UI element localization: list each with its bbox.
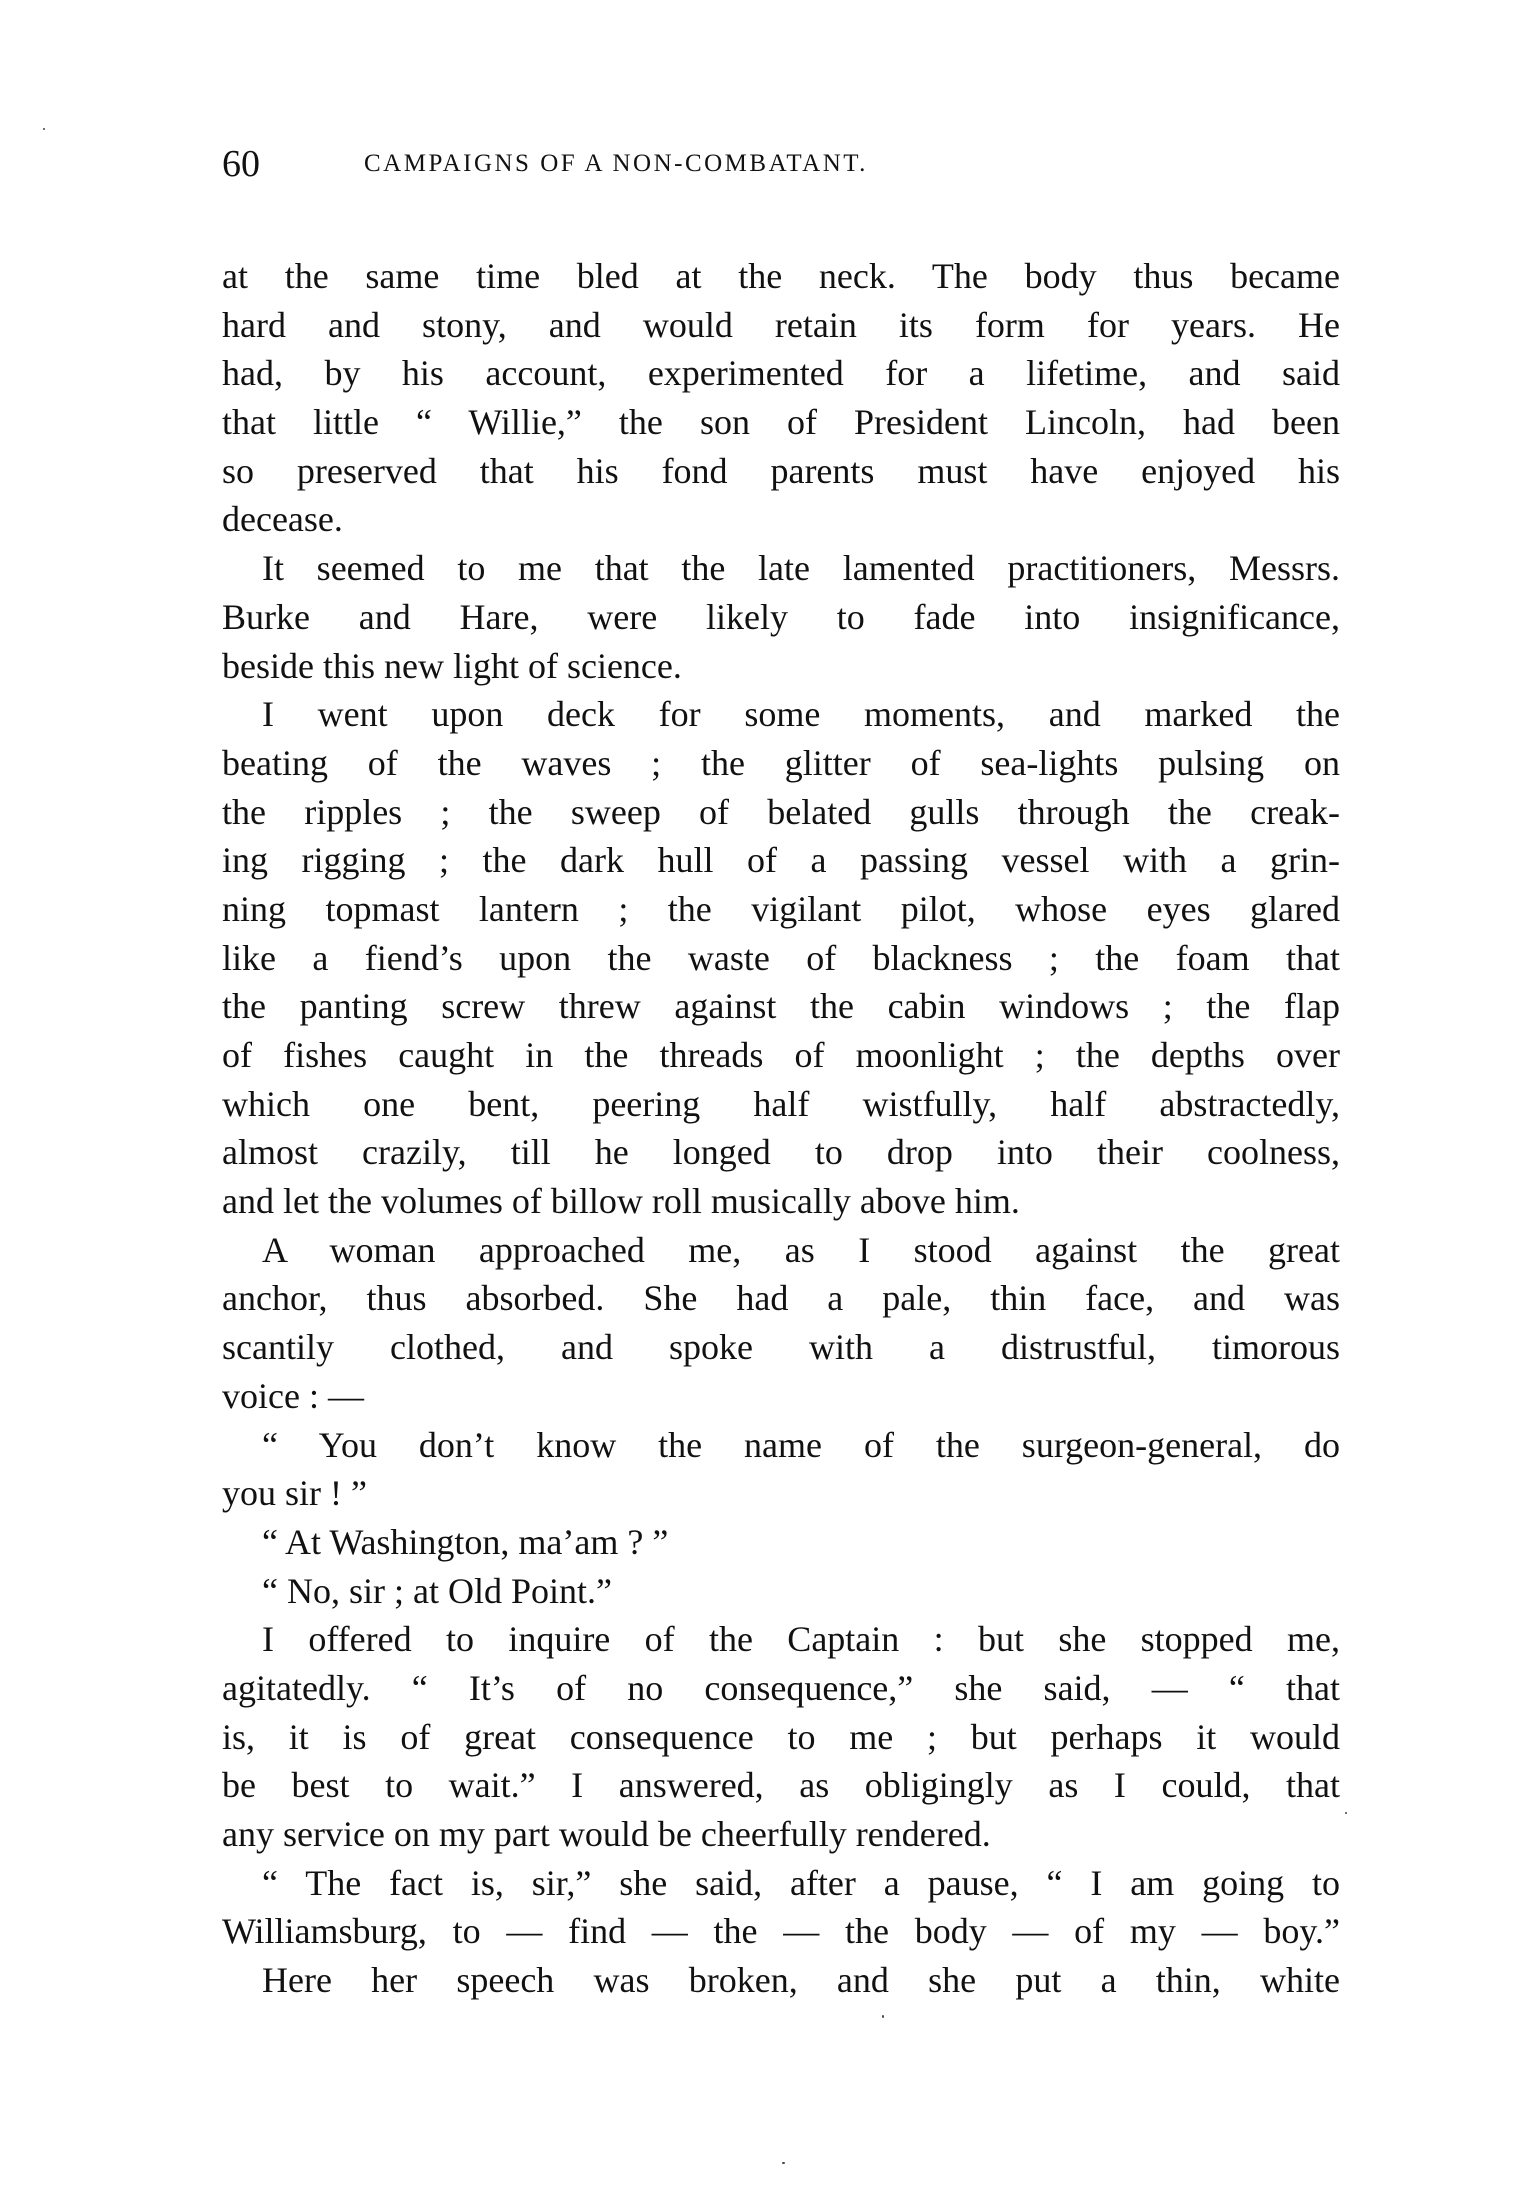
- text-line: the panting screw threw against the cabi…: [222, 982, 1340, 1031]
- text-line: at the same time bled at the neck. The b…: [222, 252, 1340, 301]
- text-line: any service on my part would be cheerful…: [222, 1810, 1340, 1859]
- text-line: hard and stony, and would retain its for…: [222, 301, 1340, 350]
- text-line: Williamsburg, to — find — the — the body…: [222, 1907, 1340, 1956]
- text-line: “ No, sir ; at Old Point.”: [222, 1567, 1340, 1616]
- text-line: had, by his account, experimented for a …: [222, 349, 1340, 398]
- text-line: the ripples ; the sweep of belated gulls…: [222, 788, 1340, 837]
- text-line: decease.: [222, 495, 1340, 544]
- text-line: anchor, thus absorbed. She had a pale, t…: [222, 1274, 1340, 1323]
- page-number: 60: [222, 142, 260, 186]
- text-line: “ You don’t know the name of the surgeon…: [222, 1421, 1340, 1470]
- text-line: so preserved that his fond parents must …: [222, 447, 1340, 496]
- text-line: Burke and Hare, were likely to fade into…: [222, 593, 1340, 642]
- text-line: which one bent, peering half wistfully, …: [222, 1080, 1340, 1129]
- scan-speck: [782, 2162, 785, 2164]
- text-line: It seemed to me that the late lamented p…: [222, 544, 1340, 593]
- text-line: is, it is of great consequence to me ; b…: [222, 1713, 1340, 1762]
- text-line: agitatedly. “ It’s of no consequence,” s…: [222, 1664, 1340, 1713]
- text-line: I offered to inquire of the Captain : bu…: [222, 1615, 1340, 1664]
- text-line: that little “ Willie,” the son of Presid…: [222, 398, 1340, 447]
- text-line: and let the volumes of billow roll music…: [222, 1177, 1340, 1226]
- scan-speck: [43, 128, 45, 130]
- running-title: CAMPAIGNS OF A NON-COMBATANT.: [364, 150, 868, 178]
- text-line: “ The fact is, sir,” she said, after a p…: [222, 1859, 1340, 1908]
- scan-speck: [882, 2015, 884, 2018]
- page-header: 60 CAMPAIGNS OF A NON-COMBATANT.: [222, 142, 1340, 192]
- text-line: “ At Washington, ma’am ? ”: [222, 1518, 1340, 1567]
- text-line: you sir ! ”: [222, 1469, 1340, 1518]
- text-line: of fishes caught in the threads of moonl…: [222, 1031, 1340, 1080]
- text-line: I went upon deck for some moments, and m…: [222, 690, 1340, 739]
- text-line: ning topmast lantern ; the vigilant pilo…: [222, 885, 1340, 934]
- text-line: like a fiend’s upon the waste of blackne…: [222, 934, 1340, 983]
- text-line: almost crazily, till he longed to drop i…: [222, 1128, 1340, 1177]
- text-line: voice : —: [222, 1372, 1340, 1421]
- book-page: 60 CAMPAIGNS OF A NON-COMBATANT. at the …: [0, 0, 1532, 2192]
- scan-speck: [1345, 1812, 1347, 1814]
- text-line: A woman approached me, as I stood agains…: [222, 1226, 1340, 1275]
- text-line: Here her speech was broken, and she put …: [222, 1956, 1340, 2005]
- text-line: ing rigging ; the dark hull of a passing…: [222, 836, 1340, 885]
- text-line: beating of the waves ; the glitter of se…: [222, 739, 1340, 788]
- text-line: beside this new light of science.: [222, 642, 1340, 691]
- text-line: scantily clothed, and spoke with a distr…: [222, 1323, 1340, 1372]
- text-line: be best to wait.” I answered, as obligin…: [222, 1761, 1340, 1810]
- body-text: at the same time bled at the neck. The b…: [222, 252, 1340, 2005]
